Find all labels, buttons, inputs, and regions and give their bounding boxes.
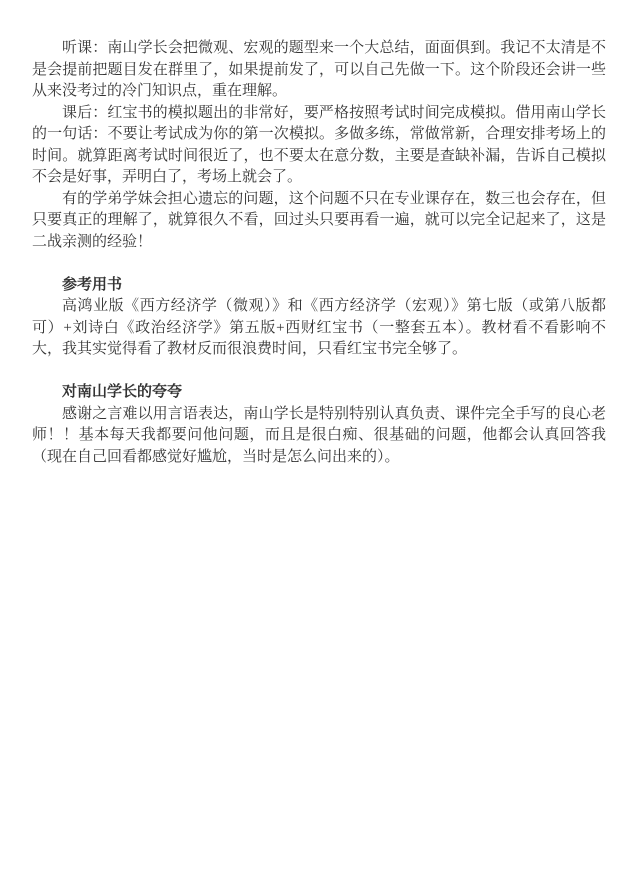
paragraph-listening-class: 听课：南山学长会把微观、宏观的题型来一个大总结，面面俱到。我记不太清是不是会提前… (32, 38, 606, 103)
document-page: 听课：南山学长会把微观、宏观的题型来一个大总结，面面俱到。我记不太清是不是会提前… (0, 0, 637, 892)
paragraph-after-class: 课后：红宝书的模拟题出的非常好，要严格按照考试时间完成模拟。借用南山学长的一句话… (32, 103, 606, 189)
paragraph-praise-senior: 感谢之言难以用言语表达，南山学长是特别特别认真负责、课件完全手写的良心老师！！基… (32, 404, 606, 469)
paragraph-reference-books: 高鸿业版《西方经济学（微观）》和《西方经济学（宏观）》第七版（或第八版都可）+刘… (32, 296, 606, 361)
paragraph-forgetting-concern: 有的学弟学妹会担心遗忘的问题，这个问题不只在专业课存在，数三也会存在，但只要真正… (32, 189, 606, 254)
section-heading-praise-senior: 对南山学长的夸夸 (32, 382, 606, 404)
section-heading-reference-books: 参考用书 (32, 275, 606, 297)
